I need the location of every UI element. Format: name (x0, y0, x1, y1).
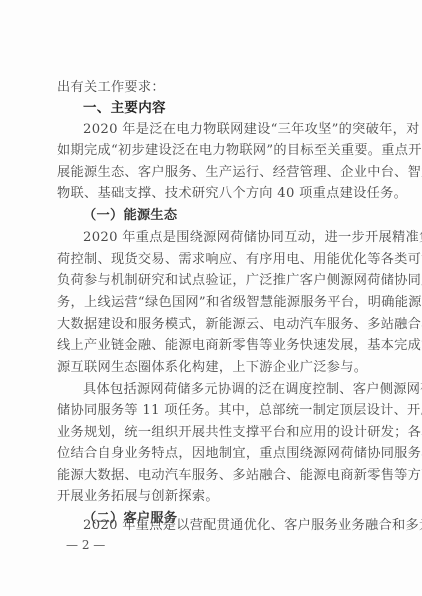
text-line: 大数据建设和服务模式，新能源云、电动汽车服务、多站融合、 (57, 315, 369, 335)
text-line: 2020 年重点是以营配贯通优化、客户服务业务融合和多元 (57, 516, 369, 536)
text-line: 位结合自身业务特点，因地制宜，重点围绕源网荷储协同服务、 (57, 444, 369, 464)
text-line: 展能源生态、客户服务、生产运行、经营管理、企业中台、智慧 (57, 163, 369, 183)
text-line: 荷控制、现货交易、需求响应、有序用电、用能优化等各类可调 (57, 250, 369, 270)
text-line: 能源大数据、电动汽车服务、多站融合、能源电商新零售等方面， (57, 466, 369, 486)
document-page: 出有关工作要求： 一、主要内容 2020 年是泛在电力物联网建设“三年攻坚”的突… (0, 0, 422, 596)
page-number: — 2 — (66, 538, 105, 552)
text-line: 务，上线运营“绿色国网”和省级智慧能源服务平台，明确能源 (57, 293, 369, 313)
text-line: 开展业务拓展与创新探索。 (57, 487, 369, 507)
text-line: 具体包括源网荷储多元协调的泛在调度控制、客户侧源网荷 (57, 380, 369, 400)
text-line: 2020 年重点是围绕源网荷储协同互动，进一步开展精准负 (57, 228, 369, 248)
text-line: 2020 年是泛在电力物联网建设“三年攻坚”的突破年，对 (57, 120, 369, 140)
section-heading: 一、主要内容 (57, 98, 369, 118)
text-line: 负荷参与机制研究和试点验证，广泛推广客户侧源网荷储协同服 (57, 271, 369, 291)
text-line: 物联、基础支撑、技术研究八个方向 40 项重点建设任务。 (57, 184, 369, 204)
subsection-heading: （一）能源生态 (57, 206, 369, 226)
text-line: 出有关工作要求： (57, 78, 369, 98)
text-line: 源互联网生态圈体系化构建，上下游企业广泛参与。 (57, 358, 369, 378)
text-line: 业务规划，统一组织开展共性支撑平台和应用的设计研发；各单 (57, 423, 369, 443)
text-line: 线上产业链金融、能源电商新零售等业务快速发展，基本完成能 (57, 336, 369, 356)
text-line: 如期完成“初步建设泛在电力物联网”的目标至关重要。重点开 (57, 141, 369, 161)
text-line: 储协同服务等 11 项任务。其中，总部统一制定顶层设计、开展 (57, 401, 369, 421)
